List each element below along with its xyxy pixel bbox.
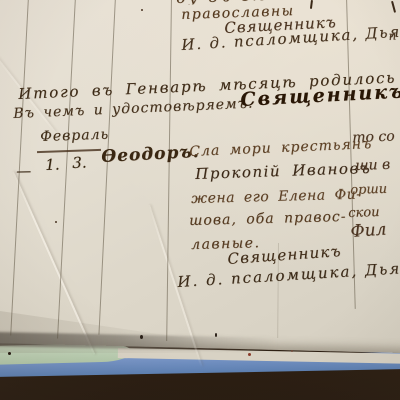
entry-number-1: 1. [45, 158, 60, 173]
right-edge-fragment: то со [352, 130, 395, 145]
ink-speck [248, 353, 251, 356]
ink-speck [141, 9, 143, 11]
entry-number-3: 3. [72, 156, 87, 171]
right-edge-fragment: орши [350, 183, 387, 197]
right-edge-fragment: ши в [355, 158, 390, 173]
ink-speck [8, 352, 11, 355]
entry-text-line-4: шова, оба правос- [189, 210, 347, 228]
right-edge-fragment: скои [348, 206, 380, 220]
right-edge-fragment: Фил [350, 221, 387, 240]
handwriting-corner-fragment: п [388, 29, 397, 42]
ink-speck [215, 333, 217, 337]
month-header-february: Февраль [40, 128, 109, 144]
entry-dash: — [16, 164, 31, 179]
ink-speck [291, 350, 293, 352]
ink-speck [55, 221, 57, 223]
register-photo: ду въ вѣ православны Священникъ И. д. пс… [0, 0, 400, 400]
ink-speck [140, 335, 143, 339]
